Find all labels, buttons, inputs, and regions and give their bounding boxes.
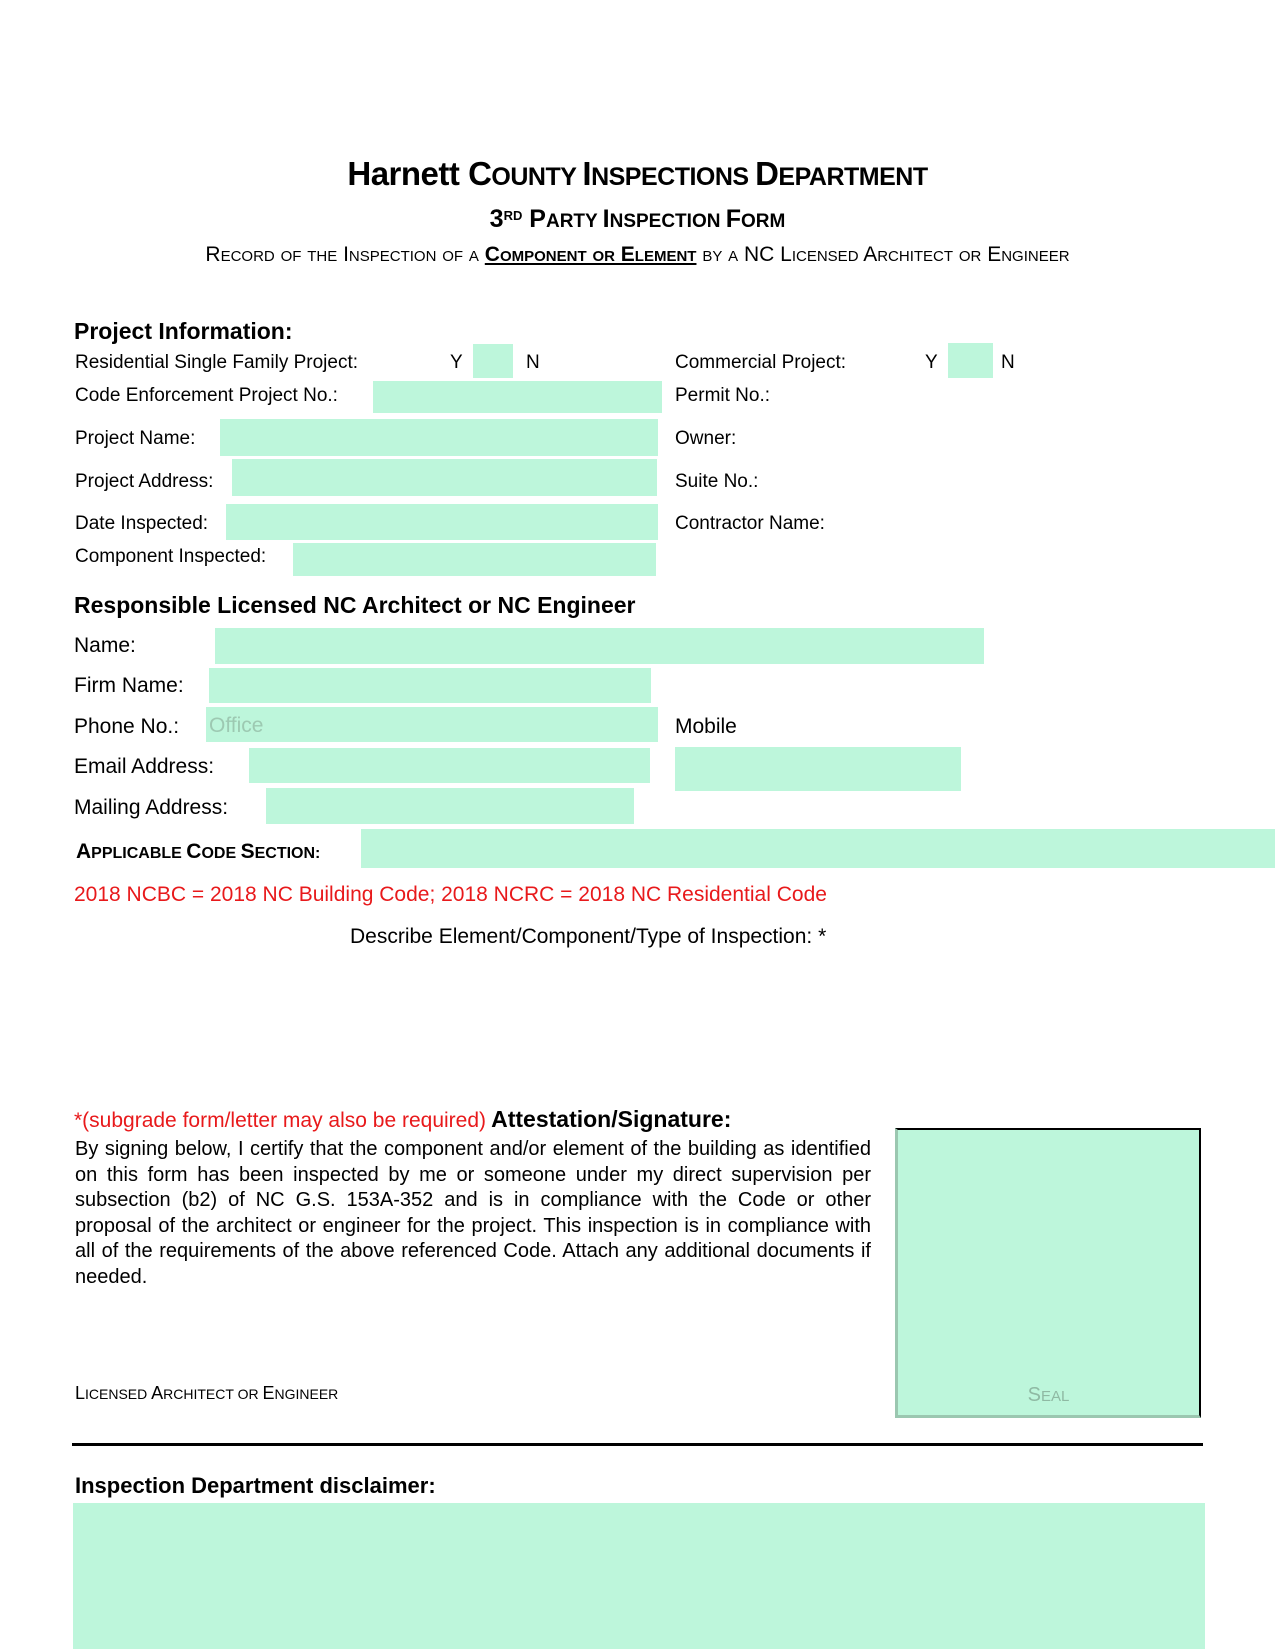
mailing-address-label: Mailing Address:: [74, 796, 228, 820]
project-address-label: Project Address:: [75, 471, 213, 493]
component-inspected-label: Component Inspected:: [75, 546, 266, 568]
code-note: 2018 NCBC = 2018 NC Building Code; 2018 …: [74, 883, 827, 907]
phone-office-field[interactable]: Office: [206, 707, 658, 742]
commercial-no-label: N: [1001, 352, 1015, 374]
signature-field[interactable]: [74, 1280, 864, 1375]
subgrade-note: *(subgrade form/letter may also be requi…: [74, 1109, 486, 1132]
email-field[interactable]: [249, 748, 650, 783]
responsible-heading: Responsible Licensed NC Architect or NC …: [74, 592, 636, 619]
department-title: Harnett COUNTY INSPECTIONS DEPARTMENT: [0, 155, 1275, 193]
attestation-body: By signing below, I certify that the com…: [75, 1137, 871, 1290]
section-divider: [72, 1443, 1203, 1446]
suite-no-label: Suite No.:: [675, 471, 758, 493]
owner-label: Owner:: [675, 428, 736, 450]
project-name-field[interactable]: [220, 419, 658, 456]
seal-field[interactable]: SEAL: [895, 1128, 1201, 1418]
record-description: Record of the Inspection of a Component …: [0, 243, 1275, 267]
date-inspected-field[interactable]: [226, 504, 658, 540]
residential-checkbox[interactable]: [473, 344, 513, 378]
commercial-yes-label: Y: [925, 352, 938, 374]
disclaimer-heading: Inspection Department disclaimer:: [75, 1473, 436, 1499]
project-name-label: Project Name:: [75, 428, 195, 450]
code-section-field[interactable]: [361, 829, 1275, 868]
mobile-label: Mobile: [675, 715, 737, 739]
residential-yes-label: Y: [450, 352, 463, 374]
seal-label: SEAL: [898, 1384, 1199, 1407]
code-enforcement-field[interactable]: [373, 381, 662, 413]
describe-label: Describe Element/Component/Type of Inspe…: [350, 925, 826, 949]
permit-no-label: Permit No.:: [675, 385, 770, 407]
commercial-label: Commercial Project:: [675, 352, 846, 374]
project-info-heading: Project Information:: [74, 318, 293, 345]
attestation-heading-row: *(subgrade form/letter may also be requi…: [74, 1106, 731, 1133]
project-address-field[interactable]: [232, 459, 657, 496]
form-subtitle: 3RD PARTY INSPECTION FORM: [0, 205, 1275, 234]
mailing-address-field[interactable]: [266, 788, 634, 824]
attestation-heading: Attestation/Signature:: [491, 1106, 731, 1132]
phone-label: Phone No.:: [74, 715, 179, 739]
phone-office-placeholder: Office: [209, 714, 263, 738]
residential-label: Residential Single Family Project:: [75, 352, 358, 374]
firm-name-label: Firm Name:: [74, 674, 184, 698]
code-enforcement-label: Code Enforcement Project No.:: [75, 385, 338, 407]
code-section-label: APPLICABLE CODE SECTION:: [76, 840, 320, 864]
mobile-field[interactable]: [675, 747, 961, 791]
describe-field[interactable]: [74, 955, 1204, 1105]
name-field[interactable]: [215, 628, 984, 664]
firm-name-field[interactable]: [209, 668, 651, 703]
residential-no-label: N: [526, 352, 540, 374]
email-label: Email Address:: [74, 755, 214, 779]
component-inspected-field[interactable]: [293, 543, 656, 576]
disclaimer-field[interactable]: [73, 1503, 1205, 1649]
commercial-checkbox[interactable]: [948, 343, 993, 378]
name-label: Name:: [74, 634, 136, 658]
contractor-name-label: Contractor Name:: [675, 513, 825, 535]
signer-label: LICENSED ARCHITECT OR ENGINEER: [75, 1383, 338, 1404]
date-inspected-label: Date Inspected:: [75, 513, 208, 535]
